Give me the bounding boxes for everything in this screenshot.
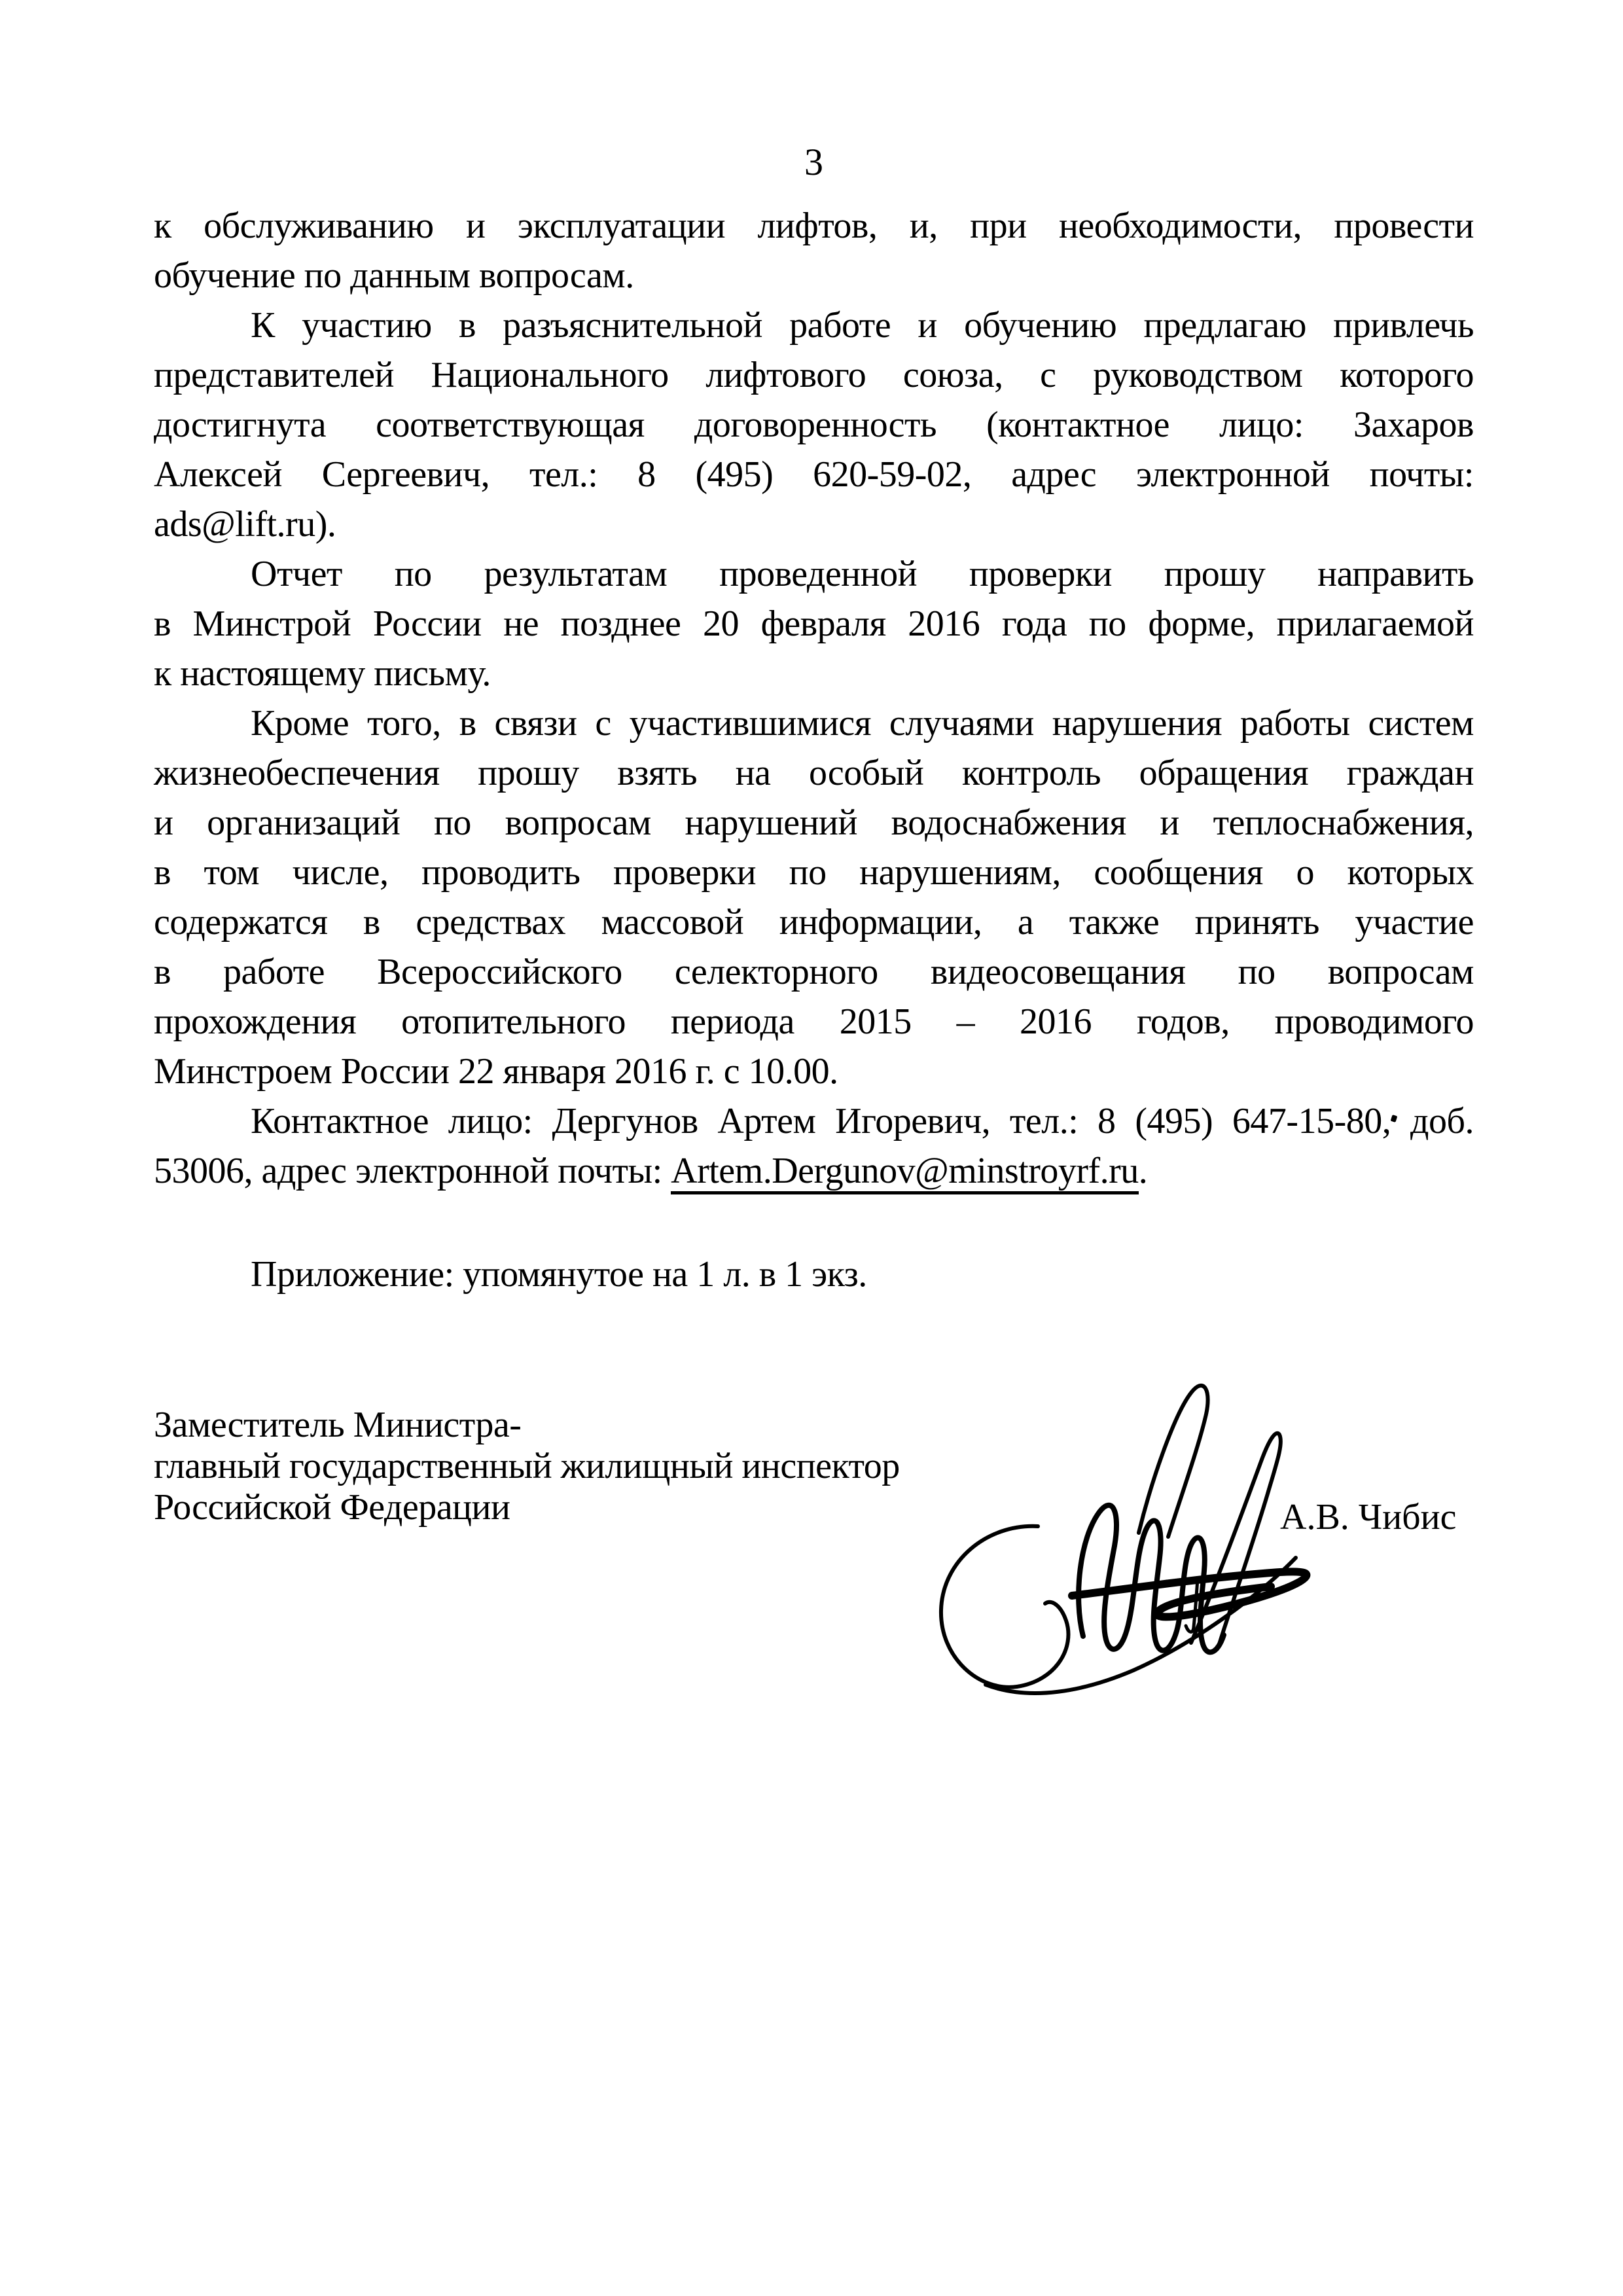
- text-segment: Контактное лицо: Дергунов Артем Игоревич…: [251, 1101, 1474, 1141]
- text-segment: в Минстрой России не позднее 20 февраля …: [154, 603, 1474, 644]
- text-segment: главный государственный жилищный инспект…: [154, 1446, 900, 1486]
- text-line: прохождения отопительного периода 2015 –…: [154, 997, 1474, 1047]
- text-line: Алексей Сергеевич, тел.: 8 (495) 620-59-…: [154, 450, 1474, 499]
- underlined-email: Artem.Dergunov@minstroyrf.ru: [671, 1151, 1139, 1194]
- text-segment: Заместитель Министра-: [154, 1405, 521, 1445]
- text-segment: Минстроем России 22 января 2016 г. с 10.…: [154, 1051, 838, 1092]
- text-segment: Алексей Сергеевич, тел.: 8 (495) 620-59-…: [154, 454, 1474, 495]
- text-segment: достигнута соответствующая договоренност…: [154, 404, 1474, 445]
- text-line: Заместитель Министра-: [154, 1405, 1005, 1446]
- text-segment: к настоящему письму.: [154, 653, 491, 694]
- text-line: 53006, адрес электронной почты: Artem.De…: [154, 1146, 1474, 1196]
- signature-stroke-descender: [1186, 1579, 1198, 1632]
- text-line: Минстроем России 22 января 2016 г. с 10.…: [154, 1047, 1474, 1096]
- paragraph: Отчет по результатам проведенной проверк…: [154, 549, 1474, 698]
- signature-stroke-oval: [941, 1526, 1069, 1687]
- text-line: представителей Национального лифтового с…: [154, 350, 1474, 400]
- text-line: обучение по данным вопросам.: [154, 251, 1474, 300]
- text-line: Российской Федерации: [154, 1487, 1005, 1528]
- text-segment: в работе Всероссийского селекторного вид…: [154, 952, 1474, 992]
- text-line: содержатся в средствах массовой информац…: [154, 897, 1474, 947]
- text-line: Отчет по результатам проведенной проверк…: [154, 549, 1474, 599]
- attachment-line: Приложение: упомянутое на 1 л. в 1 экз.: [154, 1249, 1474, 1299]
- text-line: в том числе, проводить проверки по наруш…: [154, 848, 1474, 897]
- signature-scribble: [916, 1361, 1538, 1728]
- text-segment: Отчет по результатам проведенной проверк…: [251, 554, 1474, 594]
- text-segment: .: [1139, 1151, 1148, 1191]
- signature-stroke-ascender: [1139, 1386, 1208, 1537]
- signature-name: А.В. Чибис: [1280, 1497, 1456, 1538]
- text-segment: в том числе, проводить проверки по наруш…: [154, 852, 1474, 893]
- text-segment: Российской Федерации: [154, 1487, 510, 1528]
- text-segment: к обслуживанию и эксплуатации лифтов, и,…: [154, 206, 1474, 246]
- text-line: К участию в разъяснительной работе и обу…: [154, 300, 1474, 350]
- page-number: 3: [154, 143, 1474, 181]
- text-line: к настоящему письму.: [154, 649, 1474, 698]
- text-line: в Минстрой России не позднее 20 февраля …: [154, 599, 1474, 649]
- paragraph: Кроме того, в связи с участившимися случ…: [154, 698, 1474, 1096]
- text-segment: представителей Национального лифтового с…: [154, 355, 1474, 395]
- text-line: в работе Всероссийского селекторного вид…: [154, 947, 1474, 997]
- signature-title: Заместитель Министра-главный государстве…: [154, 1405, 1005, 1528]
- text-segment: и организаций по вопросам нарушений водо…: [154, 802, 1474, 843]
- paragraph: К участию в разъяснительной работе и обу…: [154, 300, 1474, 549]
- text-line: ads@lift.ru).: [154, 499, 1474, 549]
- text-line: жизнеобеспечения прошу взять на особый к…: [154, 748, 1474, 798]
- text-line: главный государственный жилищный инспект…: [154, 1446, 1005, 1487]
- text-segment: содержатся в средствах массовой информац…: [154, 902, 1474, 942]
- text-line: Контактное лицо: Дергунов Артем Игоревич…: [154, 1096, 1474, 1146]
- text-line: достигнута соответствующая договоренност…: [154, 400, 1474, 450]
- text-segment: жизнеобеспечения прошу взять на особый к…: [154, 753, 1474, 793]
- paragraph: к обслуживанию и эксплуатации лифтов, и,…: [154, 201, 1474, 300]
- text-segment: прохождения отопительного периода 2015 –…: [154, 1001, 1474, 1042]
- document-body: к обслуживанию и эксплуатации лифтов, и,…: [154, 201, 1474, 1196]
- paragraph: Контактное лицо: Дергунов Артем Игоревич…: [154, 1096, 1474, 1196]
- text-line: Кроме того, в связи с участившимися случ…: [154, 698, 1474, 748]
- document-page: 3 к обслуживанию и эксплуатации лифтов, …: [0, 0, 1623, 2296]
- text-segment: Кроме того, в связи с участившимися случ…: [251, 703, 1474, 744]
- text-line: к обслуживанию и эксплуатации лифтов, и,…: [154, 201, 1474, 251]
- text-segment: К участию в разъяснительной работе и обу…: [251, 305, 1474, 346]
- text-line: и организаций по вопросам нарушений водо…: [154, 798, 1474, 848]
- text-segment: 53006, адрес электронной почты:: [154, 1151, 671, 1191]
- text-segment: обучение по данным вопросам.: [154, 255, 634, 296]
- text-segment: ads@lift.ru).: [154, 504, 336, 545]
